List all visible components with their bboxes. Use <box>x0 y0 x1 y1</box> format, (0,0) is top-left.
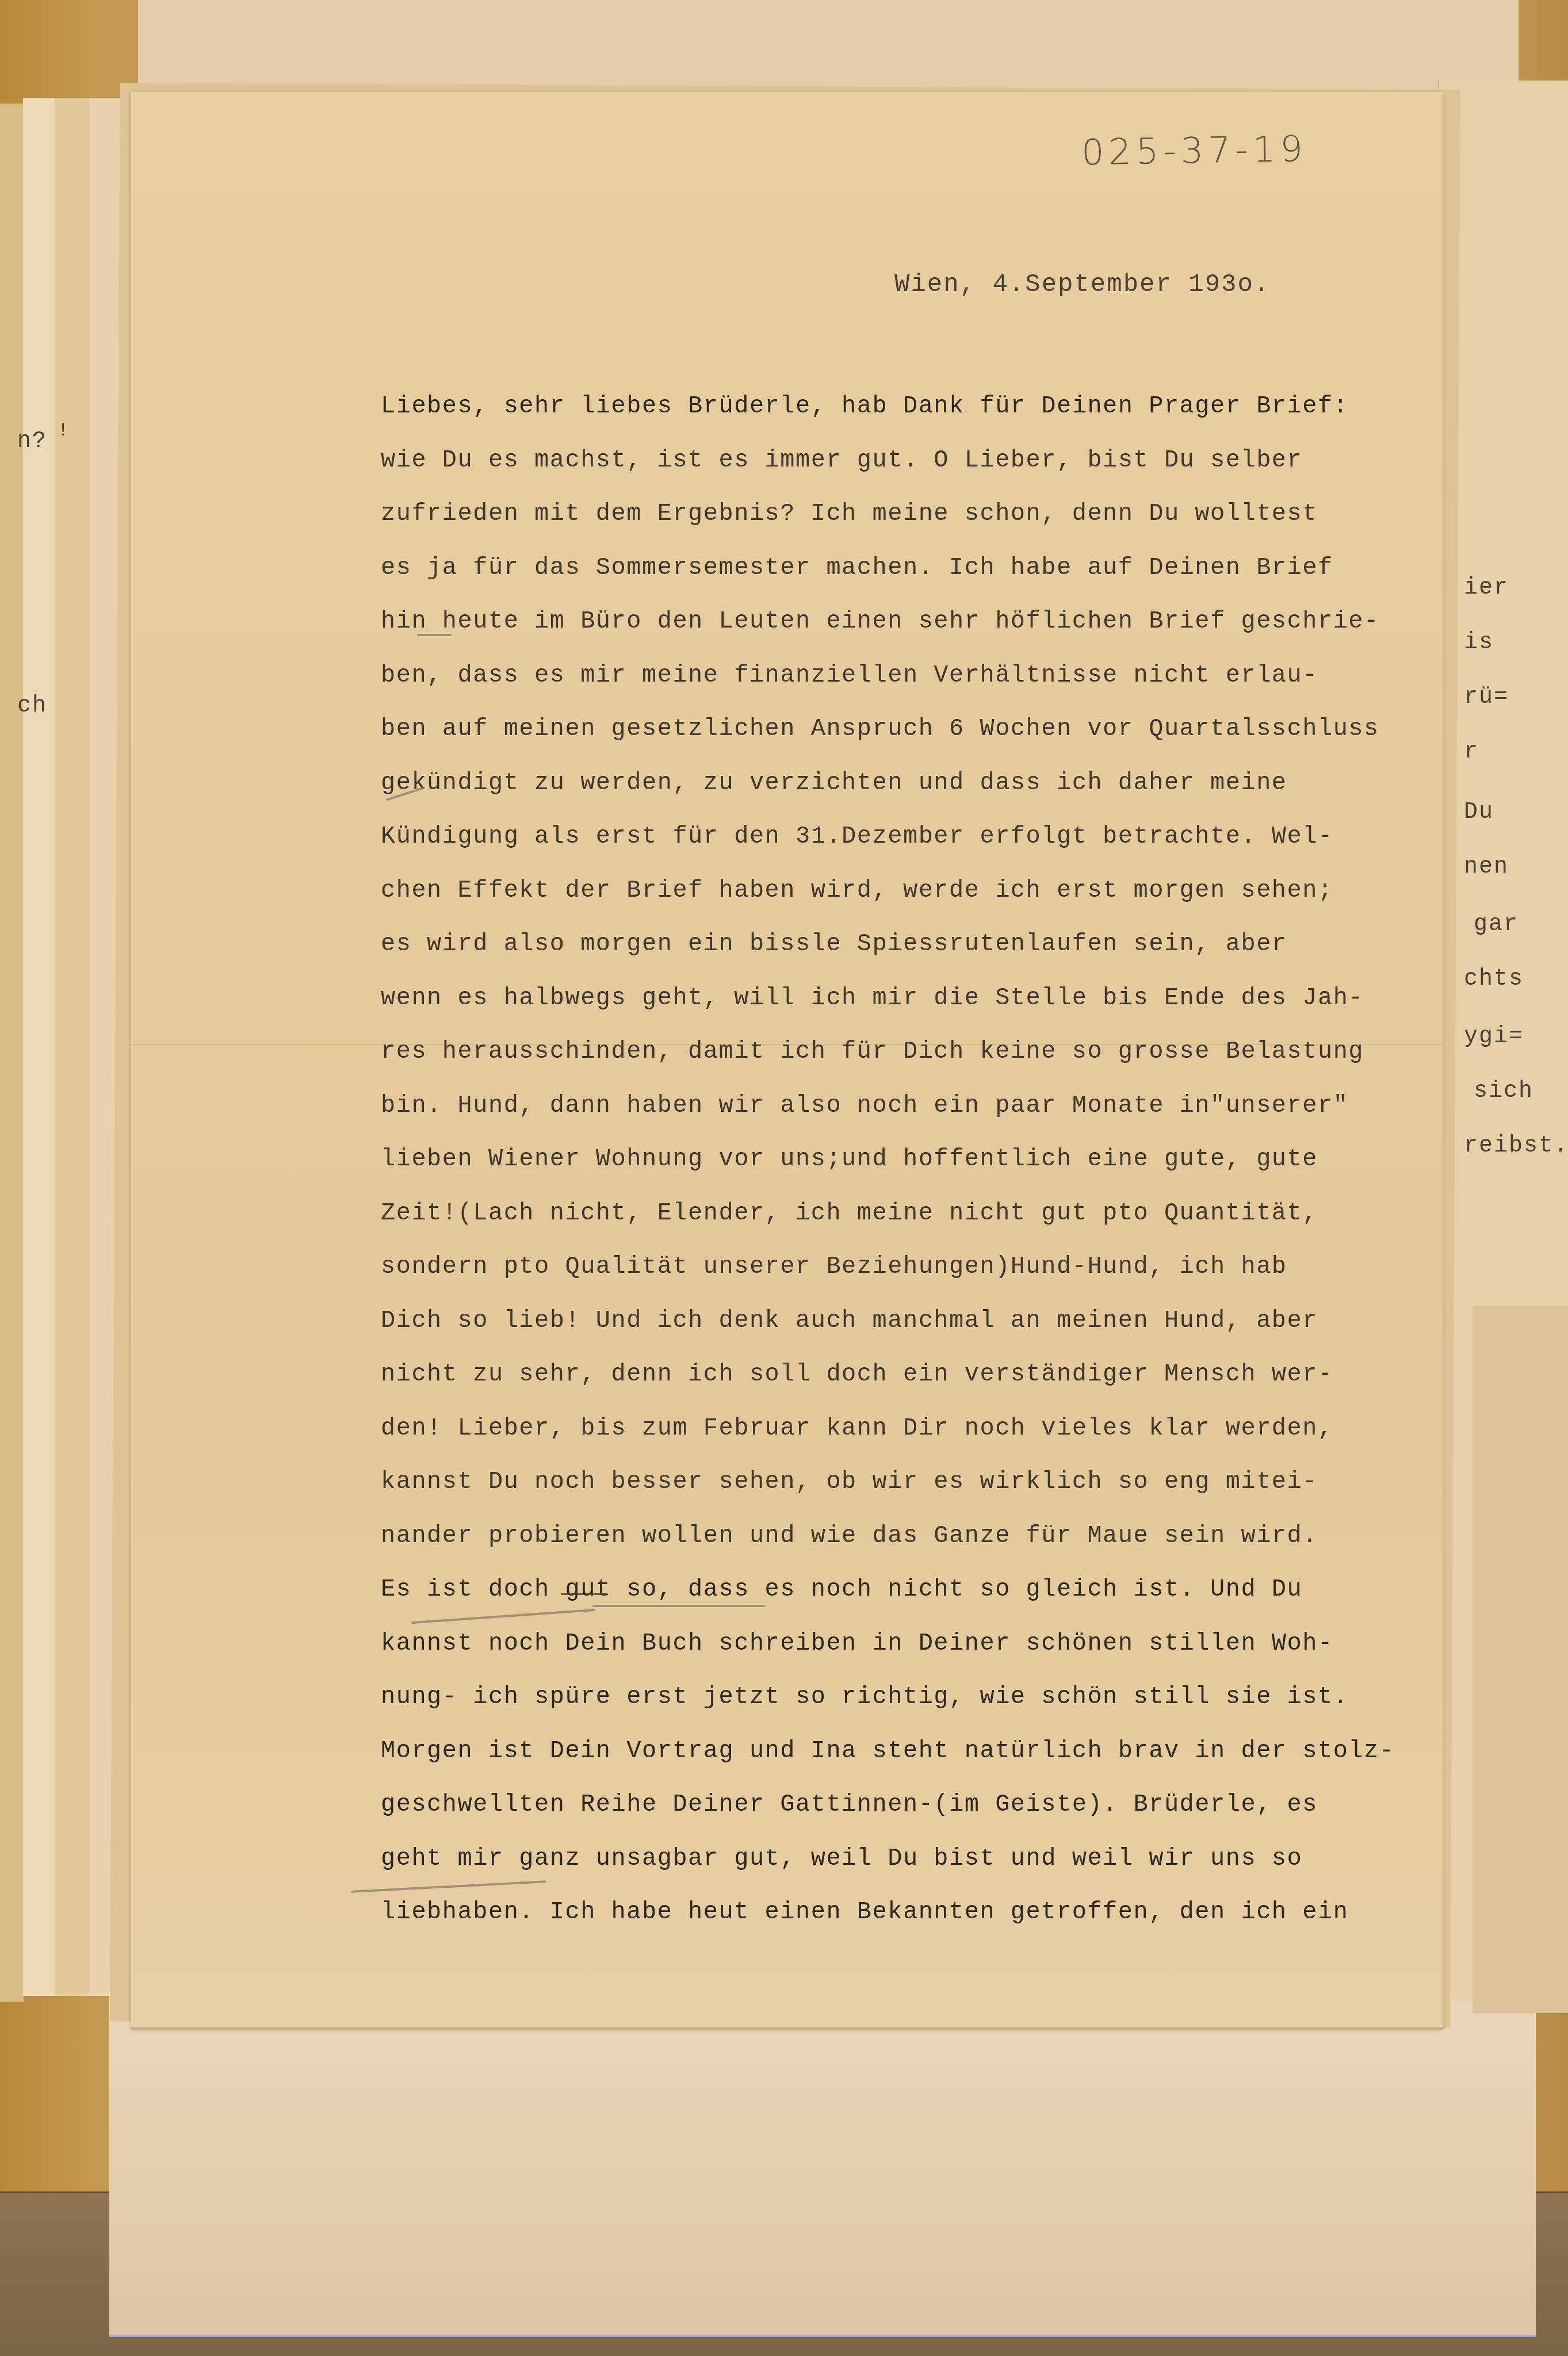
letter-line: Morgen ist Dein Vortrag und Ina steht na… <box>381 1724 1474 1779</box>
letter-line: ben auf meinen gesetzlichen Anspruch 6 W… <box>381 702 1474 756</box>
letter-line: liebhaben. Ich habe heut einen Bekannten… <box>381 1885 1474 1940</box>
letter-line: Dich so lieb! Und ich denk auch manchmal… <box>381 1294 1474 1348</box>
letter-line: Kündigung als erst für den 31.Dezember e… <box>381 810 1474 864</box>
right-paper-stack <box>1473 1306 1568 2013</box>
pencil-underline <box>417 634 452 636</box>
letter-line: nicht zu sehr, denn ich soll doch ein ve… <box>381 1348 1474 1402</box>
letter-line: kannst Du noch besser sehen, ob wir es w… <box>381 1455 1474 1509</box>
backing-sheet-bottom <box>109 1984 1536 2337</box>
letter-line: Es ist doch gut so, dass es noch nicht s… <box>381 1563 1474 1617</box>
letter-line: Zeit!(Lach nicht, Elender, ich meine nic… <box>381 1187 1474 1241</box>
letter-line: es ja für das Sommersemester machen. Ich… <box>381 541 1474 595</box>
letter-line: kannst noch Dein Buch schreiben in Deine… <box>381 1617 1474 1671</box>
letter-body: Liebes, sehr liebes Brüderle, hab Dank f… <box>381 380 1474 1940</box>
letter-line: lieben Wiener Wohnung vor uns;und hoffen… <box>381 1133 1474 1187</box>
letter-line: zufrieden mit dem Ergebnis? Ich meine sc… <box>381 487 1474 541</box>
letter-line: sondern pto Qualität unserer Beziehungen… <box>381 1240 1474 1294</box>
letter-line: geht mir ganz unsagbar gut, weil Du bist… <box>381 1832 1474 1886</box>
letter-line: Liebes, sehr liebes Brüderle, hab Dank f… <box>381 380 1474 434</box>
letter-date: Wien, 4.September 193o. <box>894 270 1270 299</box>
letter-line: bin. Hund, dann haben wir also noch ein … <box>381 1079 1474 1133</box>
left-margin-fragment: ! <box>58 420 70 441</box>
letter-line: hin heute im Büro den Leuten einen sehr … <box>381 595 1474 649</box>
letter-line: es wird also morgen ein bissle Spiessrut… <box>381 917 1474 972</box>
backing-sheet-top <box>138 0 1519 98</box>
letter-line: ben, dass es mir meine finanziellen Verh… <box>381 649 1474 703</box>
right-margin-fragment: sich <box>1474 1078 1533 1104</box>
left-paper-stack <box>55 98 91 1996</box>
letter-line: res herausschinden, damit ich für Dich k… <box>381 1025 1474 1079</box>
left-paper-stack <box>0 104 24 2002</box>
letter-line: wenn es halbwegs geht, will ich mir die … <box>381 972 1474 1026</box>
left-margin-fragment: ch <box>17 693 47 719</box>
letter-line: geschwellten Reihe Deiner Gattinnen-(im … <box>381 1778 1474 1832</box>
letter-line: den! Lieber, bis zum Februar kann Dir no… <box>381 1402 1474 1456</box>
right-margin-fragment: gar <box>1474 912 1519 938</box>
ink-underline <box>561 1593 607 1595</box>
letter-line: wie Du es machst, ist es immer gut. O Li… <box>381 434 1474 488</box>
letter-line: chen Effekt der Brief haben wird, werde … <box>381 864 1474 918</box>
letter-line: nander probieren wollen und wie das Ganz… <box>381 1509 1474 1563</box>
left-margin-fragment: n? <box>17 429 47 454</box>
letter-line: nung- ich spüre erst jetzt so richtig, w… <box>381 1670 1474 1724</box>
left-paper-stack <box>23 98 56 1996</box>
pencil-underline <box>592 1605 765 1607</box>
archive-number: 025-37-19 <box>1081 128 1307 174</box>
letter-line: gekündigt zu werden, zu verzichten und d… <box>381 756 1474 810</box>
right-margin-fragment: reibst. <box>1464 1133 1568 1159</box>
